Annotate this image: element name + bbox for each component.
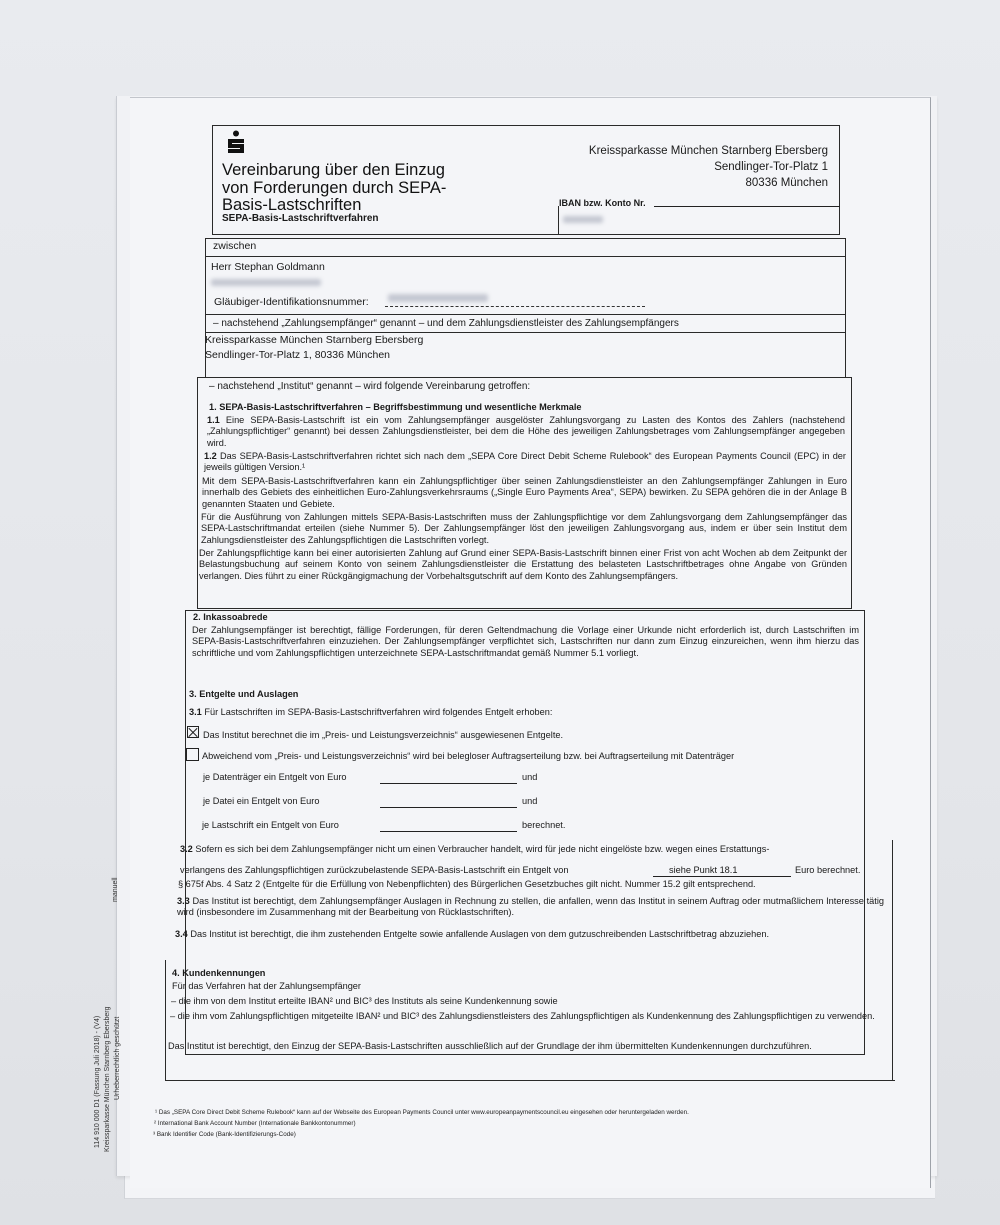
section4-heading: 4. Kundenkennungen [172, 968, 265, 979]
return-fee-suffix: Euro berechnet. [795, 865, 860, 876]
section3-heading: 3. Entgelte und Auslagen [189, 689, 298, 700]
iban-label: IBAN bzw. Konto Nr. [559, 198, 646, 208]
section1-para-1-2c: Für die Ausführung von Zahlungen mittels… [201, 512, 847, 546]
fee-input-datei[interactable] [380, 807, 517, 808]
creditor-id-redacted [388, 294, 488, 302]
return-fee-value: siehe Punkt 18.1 [669, 865, 737, 876]
iban-divider [558, 206, 559, 234]
section3-para-3-4: 3.4 Das Institut ist berechtigt, die ihm… [175, 929, 885, 940]
section4-intro: Für das Verfahren hat der Zahlungsempfän… [172, 981, 361, 992]
option2-label: Abweichend vom „Preis- und Leistungsverz… [202, 751, 734, 762]
creditor-id-label: Gläubiger-Identifikationsnummer: [214, 296, 369, 308]
section3-para-3-2a: 3.2 Sofern es sich bei dem Zahlungsempfä… [180, 844, 769, 855]
section3-para-3-1: 3.1 Für Lastschriften im SEPA-Basis-Last… [189, 707, 552, 718]
form-number: 114 910 000 D1 (Fassung Juli 2018) - (V4… [94, 1016, 101, 1148]
divider [205, 256, 846, 257]
section1-para-1-2d: Der Zahlungspflichtige kann bei einer au… [199, 548, 847, 582]
institute-name: Kreissparkasse München Starnberg Ebersbe… [205, 334, 423, 346]
fee-label-datentraeger: je Datenträger ein Entgelt von Euro [203, 772, 347, 783]
payee-name: Herr Stephan Goldmann [211, 261, 325, 273]
iban-label-underline [654, 206, 840, 207]
section2-text: Der Zahlungsempfänger ist berechtigt, fä… [192, 625, 859, 659]
mode-label: manuell [112, 877, 119, 902]
footnote-1: ¹ Das „SEPA Core Direct Debit Scheme Rul… [155, 1109, 689, 1116]
fee-suffix: und [522, 796, 537, 807]
section2-heading: 2. Inkassoabrede [193, 612, 268, 623]
section1-heading: 1. SEPA-Basis-Lastschriftverfahren – Beg… [209, 402, 582, 413]
bank-header-address: Kreissparkasse München Starnberg Ebersbe… [589, 143, 828, 191]
fee-input-datentraeger[interactable] [380, 783, 517, 784]
between-label: zwischen [213, 240, 256, 252]
section3-para-3-2d: § 675f Abs. 4 Satz 2 (Entgelte für die E… [178, 879, 756, 890]
fee-suffix: und [522, 772, 537, 783]
section1-para-1-1: 1.1 Eine SEPA-Basis-Lastschrift ist ein … [207, 415, 845, 449]
fee-label-lastschrift: je Lastschrift ein Entgelt von Euro [202, 820, 339, 831]
section1-para-1-2: 1.2 Das SEPA-Basis-Lastschriftverfahren … [204, 451, 846, 474]
section4-bullet-2: – die ihm vom Zahlungspflichtigen mitget… [170, 1011, 887, 1022]
institute-note: – nachstehend „Institut“ genannt – wird … [209, 381, 530, 392]
payee-note: – nachstehend „Zahlungsempfänger“ genann… [213, 318, 679, 329]
footnote-2: ² International Bank Account Number (Int… [154, 1120, 356, 1127]
section1-para-1-2b: Mit dem SEPA-Basis-Lastschriftverfahren … [202, 476, 847, 510]
footnote-3: ³ Bank Identifier Code (Bank-Identifizie… [153, 1131, 296, 1138]
box-bottom-line [165, 1080, 895, 1081]
creditor-id-field[interactable] [385, 306, 645, 307]
divider [205, 314, 846, 315]
document-subtitle: SEPA-Basis-Lastschriftverfahren [222, 213, 379, 224]
option1-checkbox[interactable] [187, 726, 199, 738]
fee-suffix: berechnet. [522, 820, 565, 831]
document-title: Vereinbarung über den Einzug von Forderu… [222, 162, 446, 215]
payee-address-redacted [211, 279, 321, 286]
section3-para-3-3: 3.3 Das Institut ist berechtigt, dem Zah… [177, 896, 884, 919]
divider [205, 332, 846, 333]
fee-label-datei: je Datei ein Entgelt von Euro [203, 796, 319, 807]
sparkasse-s-icon [225, 130, 247, 156]
section3-para-3-2b: verlangens des Zahlungspflichtigen zurüc… [180, 865, 568, 876]
box-left-line [165, 960, 166, 1080]
institute-address: Sendlinger-Tor-Platz 1, 80336 München [205, 349, 390, 361]
option2-checkbox[interactable] [186, 748, 199, 761]
fee-input-lastschrift[interactable] [380, 831, 517, 832]
iban-value-redacted [563, 216, 603, 223]
box-right-line [892, 840, 893, 1080]
option1-label: Das Institut berechnet die im „Preis- un… [203, 730, 563, 741]
section4-bullet-1: – die ihm von dem Institut erteilte IBAN… [171, 996, 558, 1007]
copyright-note: Urheberrechtlich geschützt [114, 1017, 121, 1100]
publisher: Kreissparkasse München Starnberg Ebersbe… [104, 1006, 111, 1152]
section4-outro: Das Institut ist berechtigt, den Einzug … [168, 1041, 888, 1052]
